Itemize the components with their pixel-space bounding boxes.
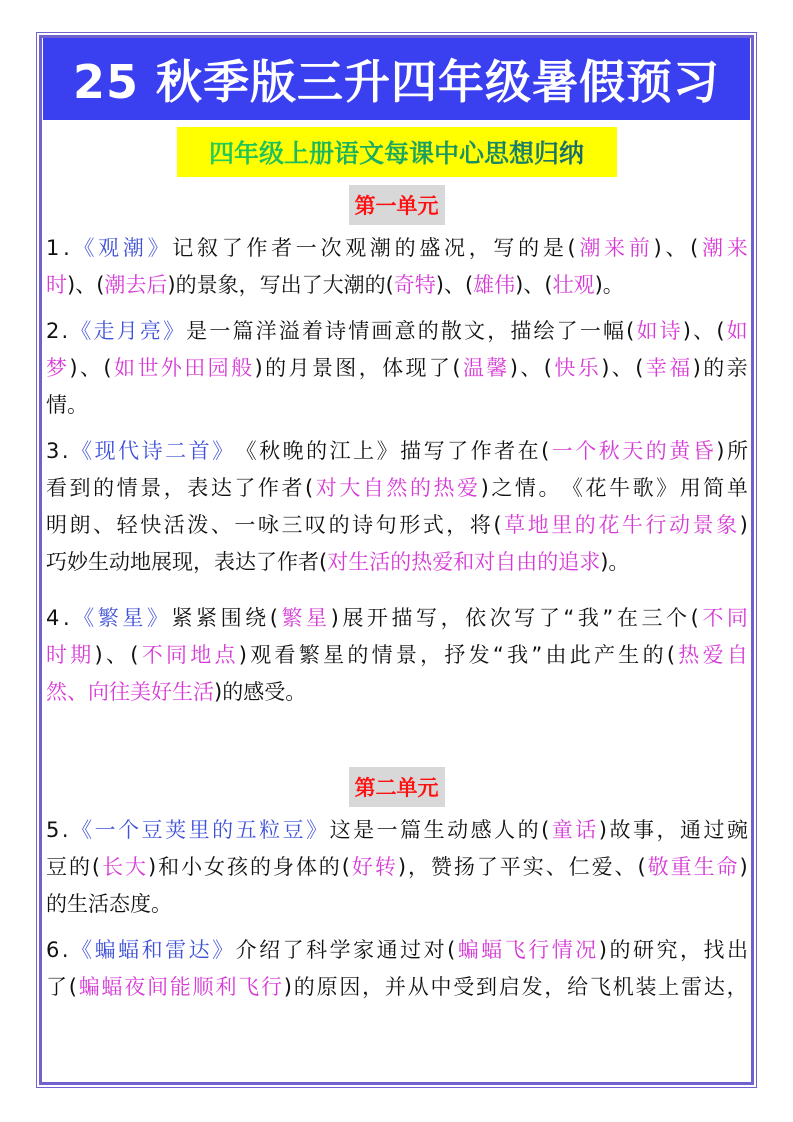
text-char: 看 bbox=[275, 637, 296, 674]
text-char: 、 bbox=[615, 849, 636, 886]
text-char: 我 bbox=[507, 637, 528, 674]
keyword-char: 对 bbox=[316, 470, 337, 507]
text-char: ( bbox=[638, 849, 646, 886]
text-char: ( bbox=[544, 350, 552, 387]
lesson-title-char: 月 bbox=[117, 313, 138, 350]
text-char: 、 bbox=[693, 313, 714, 350]
text-char: 写 bbox=[514, 600, 535, 637]
text-char: 此 bbox=[570, 637, 591, 674]
keyword-char: 行 bbox=[261, 969, 282, 1006]
keyword-char: 花 bbox=[598, 507, 619, 544]
text-char: ( bbox=[690, 230, 698, 267]
text-char: 况 bbox=[444, 230, 465, 267]
text-char: 到 bbox=[70, 470, 91, 507]
text-char: 孩 bbox=[227, 849, 248, 886]
text-char: ( bbox=[568, 230, 576, 267]
keyword-char: 外 bbox=[161, 350, 182, 387]
text-char: 快 bbox=[140, 507, 161, 544]
text-char: ， bbox=[359, 350, 380, 387]
text-char: 女 bbox=[204, 849, 225, 886]
text-char: ) bbox=[284, 969, 292, 1006]
text-char: ， bbox=[544, 969, 565, 1006]
text-segment: 情。 bbox=[46, 387, 88, 424]
text-char: 这 bbox=[330, 812, 351, 849]
text-char: 是 bbox=[353, 812, 374, 849]
text-char: 朗 bbox=[70, 507, 91, 544]
keyword-char: 诗 bbox=[660, 313, 681, 350]
text-char: 故 bbox=[609, 812, 630, 849]
text-char: “ bbox=[563, 600, 574, 637]
lesson-title-char: 《 bbox=[73, 230, 94, 267]
text-char: 、 bbox=[93, 507, 114, 544]
keyword-char: 里 bbox=[551, 507, 572, 544]
text-char: 爱 bbox=[592, 849, 613, 886]
lesson-title-char: 雷 bbox=[165, 932, 186, 969]
text-char: ( bbox=[691, 600, 699, 637]
text-char: 的 bbox=[643, 637, 664, 674]
text-char: 的 bbox=[294, 969, 315, 1006]
text-char: 绕 bbox=[245, 600, 266, 637]
text-char: 明 bbox=[46, 507, 67, 544]
text-char: 诗 bbox=[325, 313, 346, 350]
text-char: 生 bbox=[618, 637, 639, 674]
text-char: 三 bbox=[641, 600, 662, 637]
text-char: 、 bbox=[80, 350, 101, 387]
text-char: 并 bbox=[385, 969, 406, 1006]
text-char: ) bbox=[654, 230, 662, 267]
keyword-char: 个 bbox=[575, 433, 596, 470]
keyword-char: 黄 bbox=[669, 433, 690, 470]
text-char: 轻 bbox=[117, 507, 138, 544]
text-char: 原 bbox=[317, 969, 338, 1006]
lesson-title-char: 代 bbox=[118, 433, 139, 470]
text-line: 时期)、(不同地点)观看繁星的情景，抒发“我”由此产生的(热爱自 bbox=[46, 637, 748, 674]
text-char: 泼 bbox=[187, 507, 208, 544]
text-char: 从 bbox=[408, 969, 429, 1006]
keyword-char: 牛 bbox=[622, 507, 643, 544]
keyword-char: 顺 bbox=[193, 969, 214, 1006]
keyword-char: 行 bbox=[528, 932, 549, 969]
text-char: 写 bbox=[493, 230, 514, 267]
lesson-title-char: 《 bbox=[70, 313, 91, 350]
text-char: ( bbox=[270, 600, 278, 637]
text-char: 绘 bbox=[534, 313, 555, 350]
text-char: 到 bbox=[476, 969, 497, 1006]
text-char: 家 bbox=[353, 932, 374, 969]
lesson-title-char: 二 bbox=[165, 433, 186, 470]
keyword-char: 一 bbox=[552, 433, 573, 470]
text-char: ( bbox=[305, 470, 313, 507]
text-char: ( bbox=[452, 350, 460, 387]
text-char: 的 bbox=[265, 350, 286, 387]
text-char: 人 bbox=[494, 812, 515, 849]
text-char: 的 bbox=[93, 470, 114, 507]
text-char: 、 bbox=[106, 637, 127, 674]
text-char: . bbox=[63, 230, 70, 267]
lesson-title-char: 的 bbox=[212, 812, 233, 849]
text-char: 洋 bbox=[256, 313, 277, 350]
text-line: 梦)、(如世外田园般)的月景图，体现了(温馨)、(快乐)、(幸福)的亲 bbox=[46, 350, 748, 387]
keyword-char: 前 bbox=[629, 230, 650, 267]
lesson-title-char: 蝠 bbox=[118, 932, 139, 969]
keyword-char: 好 bbox=[352, 849, 373, 886]
text-segment: )、( bbox=[67, 267, 104, 304]
text-char: 1 bbox=[46, 230, 59, 267]
text-char: 作 bbox=[471, 433, 492, 470]
keyword-char: 话 bbox=[575, 812, 596, 849]
keyword-char: 不 bbox=[702, 600, 723, 637]
keyword-char: 大 bbox=[125, 849, 146, 886]
keyword-char: 热 bbox=[678, 637, 699, 674]
lesson-title-char: 繁 bbox=[98, 600, 119, 637]
text-char: 个 bbox=[666, 600, 687, 637]
keyword: 对生活的热爱和对自由的追求 bbox=[327, 544, 600, 581]
text-char: 生 bbox=[424, 812, 445, 849]
lesson-title-char: 里 bbox=[189, 812, 210, 849]
text-char: 达 bbox=[211, 470, 232, 507]
text-char: ( bbox=[103, 350, 111, 387]
text-char: 3 bbox=[46, 433, 59, 470]
lesson-title-char: 》 bbox=[147, 600, 168, 637]
lesson-title-char: 五 bbox=[236, 812, 257, 849]
text-char: ) bbox=[601, 350, 609, 387]
keyword-char: 期 bbox=[70, 637, 91, 674]
text-char: ， bbox=[487, 313, 508, 350]
text-char: 豌 bbox=[727, 812, 748, 849]
text-char: 的 bbox=[319, 849, 340, 886]
text-char: 写 bbox=[424, 433, 445, 470]
text-char: 研 bbox=[633, 932, 654, 969]
keyword-char: 童 bbox=[552, 812, 573, 849]
text-line: 5.《一个豆荚里的五粒豆》这是一篇生动感人的(童话)故事，通过豌 bbox=[46, 812, 748, 849]
text-char: 赞 bbox=[431, 849, 452, 886]
keyword-char: 秋 bbox=[599, 433, 620, 470]
lesson-title-char: 观 bbox=[98, 230, 119, 267]
text-char: 。 bbox=[538, 470, 559, 507]
text-char: 次 bbox=[490, 600, 511, 637]
text-char: 三 bbox=[281, 507, 302, 544]
keyword-char: 重 bbox=[671, 849, 692, 886]
text-segment: 的生活态度。 bbox=[46, 886, 172, 923]
text-char: 写 bbox=[416, 600, 437, 637]
text-char: 在 bbox=[518, 433, 539, 470]
text-char: 的 bbox=[250, 849, 271, 886]
text-char: . bbox=[62, 433, 69, 470]
keyword-char: 飞 bbox=[238, 969, 259, 1006]
keyword-char: 世 bbox=[137, 350, 158, 387]
keyword-char: 园 bbox=[208, 350, 229, 387]
text-char: 中 bbox=[430, 969, 451, 1006]
text-char: 描 bbox=[400, 433, 421, 470]
lesson-title-char: 走 bbox=[94, 313, 115, 350]
subtitle-container: 四年级上册语文每课中心思想归纳 bbox=[0, 127, 793, 177]
text-char: 了 bbox=[447, 433, 468, 470]
text-char: 秋 bbox=[259, 433, 280, 470]
text-char: 的 bbox=[306, 433, 327, 470]
text-char: 情 bbox=[348, 313, 369, 350]
text-segment: )、( bbox=[436, 267, 473, 304]
keyword-char: 时 bbox=[46, 637, 67, 674]
text-char: 画 bbox=[371, 313, 392, 350]
keyword-char: 情 bbox=[552, 932, 573, 969]
text-char: “ bbox=[493, 637, 504, 674]
text-char: ” bbox=[531, 637, 542, 674]
keyword-char: 来 bbox=[604, 230, 625, 267]
text-char: ) bbox=[95, 637, 103, 674]
text-line: 2.《走月亮》是一篇洋溢着诗情画意的散文，描绘了一幅(如诗)、(如 bbox=[46, 313, 748, 350]
text-char: . bbox=[62, 932, 69, 969]
text-char: 受 bbox=[453, 969, 474, 1006]
text-char: 事 bbox=[633, 812, 654, 849]
keyword-char: 生 bbox=[694, 849, 715, 886]
text-segment: )的景象，写出了大潮的( bbox=[167, 267, 393, 304]
unit-heading-2: 第二单元 bbox=[349, 767, 445, 807]
keyword-char: 夜 bbox=[124, 969, 145, 1006]
lesson-title-char: 豆 bbox=[283, 812, 304, 849]
text-char: 花 bbox=[586, 470, 607, 507]
title-banner: 25 秋季版三升四年级暑假预习 bbox=[43, 38, 750, 120]
lesson-title-char: 》 bbox=[163, 313, 184, 350]
text-segment: )、( bbox=[515, 267, 552, 304]
text-char: 了 bbox=[557, 313, 578, 350]
keyword: 雄伟 bbox=[473, 267, 515, 304]
text-char: 过 bbox=[703, 812, 724, 849]
text-char: ( bbox=[69, 969, 77, 1006]
text-char: 、 bbox=[665, 230, 686, 267]
text-char: 情 bbox=[117, 470, 138, 507]
text-char: . bbox=[62, 313, 69, 350]
text-char: 篇 bbox=[400, 812, 421, 849]
text-char: 、 bbox=[612, 350, 633, 387]
text-line: 4.《繁星》紧紧围绕(繁星)展开描写，依次写了“我”在三个(不同 bbox=[46, 600, 748, 637]
lesson-title-char: 粒 bbox=[259, 812, 280, 849]
text-char: 身 bbox=[273, 849, 294, 886]
text-line: 6.《蝙蝠和雷达》介绍了科学家通过对(蝙蝠飞行情况)的研究，找出 bbox=[46, 932, 748, 969]
lesson-title-char: 现 bbox=[95, 433, 116, 470]
text-char: ， bbox=[656, 812, 677, 849]
text-char: 飞 bbox=[590, 969, 611, 1006]
keyword-char: 如 bbox=[727, 313, 748, 350]
unit-heading-container: 第二单元 bbox=[0, 767, 793, 807]
text-char: ( bbox=[667, 637, 675, 674]
text-char: 一 bbox=[377, 812, 398, 849]
keyword-char: 蝠 bbox=[102, 969, 123, 1006]
text-char: 观 bbox=[250, 637, 271, 674]
keyword-char: 昏 bbox=[693, 433, 714, 470]
keyword: 时 bbox=[46, 267, 67, 304]
keyword-char: 不 bbox=[142, 637, 163, 674]
text-char: 机 bbox=[613, 969, 634, 1006]
text-char: 了 bbox=[46, 969, 67, 1006]
text-char: ) bbox=[693, 350, 701, 387]
text-char: 是 bbox=[186, 313, 207, 350]
keyword-char: 爱 bbox=[457, 470, 478, 507]
text-char: 》 bbox=[656, 470, 677, 507]
text-char: 牛 bbox=[609, 470, 630, 507]
text-char: 5 bbox=[46, 812, 59, 849]
text-char: 着 bbox=[302, 313, 323, 350]
text-char: 一 bbox=[580, 313, 601, 350]
text-line: 看到的情景，表达了作者(对大自然的热爱)之情。《花牛歌》用简单 bbox=[46, 470, 748, 507]
text-char: 的 bbox=[395, 230, 416, 267]
text-char: 的 bbox=[609, 932, 630, 969]
keyword-char: 快 bbox=[554, 350, 575, 387]
lesson-title-char: 蝙 bbox=[95, 932, 116, 969]
text-char: 给 bbox=[567, 969, 588, 1006]
keyword-char: 福 bbox=[669, 350, 690, 387]
text-char: 通 bbox=[377, 932, 398, 969]
keyword-char: 地 bbox=[528, 507, 549, 544]
text-char: 溢 bbox=[279, 313, 300, 350]
keyword-char: 景 bbox=[693, 507, 714, 544]
text-segment: )。 bbox=[595, 267, 624, 304]
lesson-title-char: 豆 bbox=[142, 812, 163, 849]
text-char: ( bbox=[447, 932, 455, 969]
text-line: 1.《观潮》记叙了作者一次观潮的盛况，写的是(潮来前)、(潮来 bbox=[46, 230, 748, 267]
keyword-char: 的 bbox=[646, 433, 667, 470]
lesson-title-char: 《 bbox=[73, 600, 94, 637]
text-char: ( bbox=[342, 849, 350, 886]
keyword-char: 长 bbox=[102, 849, 123, 886]
text-char: ) bbox=[481, 470, 489, 507]
keyword-char: 的 bbox=[575, 507, 596, 544]
text-char: 究 bbox=[656, 932, 677, 969]
keyword-char: 草 bbox=[504, 507, 525, 544]
text-char: 观 bbox=[345, 230, 366, 267]
text-char: ， bbox=[164, 470, 185, 507]
text-line: 明朗、轻快活泼、一咏三叹的诗句形式，将(草地里的花牛行动景象) bbox=[46, 507, 748, 544]
keyword-char: 潮 bbox=[702, 230, 723, 267]
keyword-char: 来 bbox=[727, 230, 748, 267]
text-char: 找 bbox=[703, 932, 724, 969]
text-char: 现 bbox=[406, 350, 427, 387]
text-char: 、 bbox=[211, 507, 232, 544]
text-char: 仁 bbox=[569, 849, 590, 886]
text-char: 篇 bbox=[232, 313, 253, 350]
text-char: 动 bbox=[447, 812, 468, 849]
text-char: 上 bbox=[658, 969, 679, 1006]
lesson-title-char: 亮 bbox=[140, 313, 161, 350]
text-char: 次 bbox=[321, 230, 342, 267]
lesson-title-char: 》 bbox=[212, 433, 233, 470]
text-char: 单 bbox=[727, 470, 748, 507]
lesson-title-char: 潮 bbox=[123, 230, 144, 267]
text-char: 的 bbox=[347, 637, 368, 674]
text-char: ) bbox=[69, 350, 77, 387]
lesson-title-char: 》 bbox=[306, 812, 327, 849]
text-char: ( bbox=[130, 637, 138, 674]
lesson-title-char: 一 bbox=[95, 812, 116, 849]
text-char: 的 bbox=[518, 812, 539, 849]
text-char: 我 bbox=[578, 600, 599, 637]
keyword-char: 的 bbox=[410, 470, 431, 507]
text-char: 了 bbox=[477, 849, 498, 886]
text-char: 的 bbox=[418, 313, 439, 350]
text-char: ( bbox=[541, 433, 549, 470]
text-char: ) bbox=[254, 350, 262, 387]
text-char: 用 bbox=[680, 470, 701, 507]
text-char: 产 bbox=[594, 637, 615, 674]
text-char: 之 bbox=[491, 470, 512, 507]
keyword-char: 蝠 bbox=[481, 932, 502, 969]
text-char: 了 bbox=[539, 600, 560, 637]
keyword: 潮去后 bbox=[104, 267, 167, 304]
unit-heading-1: 第一单元 bbox=[349, 185, 445, 225]
keyword-char: 同 bbox=[166, 637, 187, 674]
text-char: 者 bbox=[271, 230, 292, 267]
keyword-char: 能 bbox=[170, 969, 191, 1006]
text-char: ， bbox=[420, 637, 441, 674]
text-char: 描 bbox=[510, 313, 531, 350]
keyword-char: 般 bbox=[231, 350, 252, 387]
text-char: 星 bbox=[323, 637, 344, 674]
text-char: 幅 bbox=[603, 313, 624, 350]
text-char: 达 bbox=[704, 969, 725, 1006]
lesson-title-char: 《 bbox=[71, 812, 92, 849]
text-char: 实 bbox=[523, 849, 544, 886]
keyword-char: 利 bbox=[215, 969, 236, 1006]
text-segment: )的感受。 bbox=[214, 674, 306, 711]
text-char: 的 bbox=[329, 507, 350, 544]
lesson-title-char: 首 bbox=[189, 433, 210, 470]
text-char: 出 bbox=[727, 932, 748, 969]
text-char: ) bbox=[599, 932, 607, 969]
keyword-char: 天 bbox=[622, 433, 643, 470]
keyword-char: 行 bbox=[645, 507, 666, 544]
text-segment: )。 bbox=[600, 544, 629, 581]
lesson-title-char: 星 bbox=[122, 600, 143, 637]
keyword-char: 热 bbox=[434, 470, 455, 507]
text-char: 和 bbox=[158, 849, 179, 886]
text-char: ， bbox=[446, 507, 467, 544]
text-char: ( bbox=[493, 507, 501, 544]
text-char: ( bbox=[92, 849, 100, 886]
text-char: 文 bbox=[464, 313, 485, 350]
text-char: 的 bbox=[518, 230, 539, 267]
keyword-char: 敬 bbox=[648, 849, 669, 886]
text-char: 一 bbox=[234, 507, 255, 544]
keyword-char: 馨 bbox=[486, 350, 507, 387]
text-char: 依 bbox=[465, 600, 486, 637]
text-char: 了 bbox=[234, 470, 255, 507]
keyword-char: 自 bbox=[727, 637, 748, 674]
keyword-char: 爱 bbox=[703, 637, 724, 674]
text-char: ) bbox=[739, 849, 747, 886]
text-char: 盛 bbox=[419, 230, 440, 267]
text-char: 了 bbox=[222, 230, 243, 267]
text-char: 了 bbox=[283, 932, 304, 969]
keyword-char: 大 bbox=[339, 470, 360, 507]
text-char: 表 bbox=[187, 470, 208, 507]
keyword-char: 蝙 bbox=[79, 969, 100, 1006]
keyword-char: 温 bbox=[463, 350, 484, 387]
text-char: 诗 bbox=[352, 507, 373, 544]
keyword-char: 梦 bbox=[46, 350, 67, 387]
lesson-title-char: 诗 bbox=[142, 433, 163, 470]
text-char: 4 bbox=[46, 600, 59, 637]
text-char: ) bbox=[398, 849, 406, 886]
text-char: ” bbox=[602, 600, 613, 637]
text-char: 潮 bbox=[370, 230, 391, 267]
keyword-char: 同 bbox=[727, 600, 748, 637]
text-char: 因 bbox=[339, 969, 360, 1006]
text-char: 体 bbox=[296, 849, 317, 886]
text-char: 的 bbox=[69, 849, 90, 886]
text-char: 式 bbox=[423, 507, 444, 544]
keyword: 壮观 bbox=[553, 267, 595, 304]
text-char: 的 bbox=[703, 350, 724, 387]
lesson-title-char: 《 bbox=[71, 932, 92, 969]
